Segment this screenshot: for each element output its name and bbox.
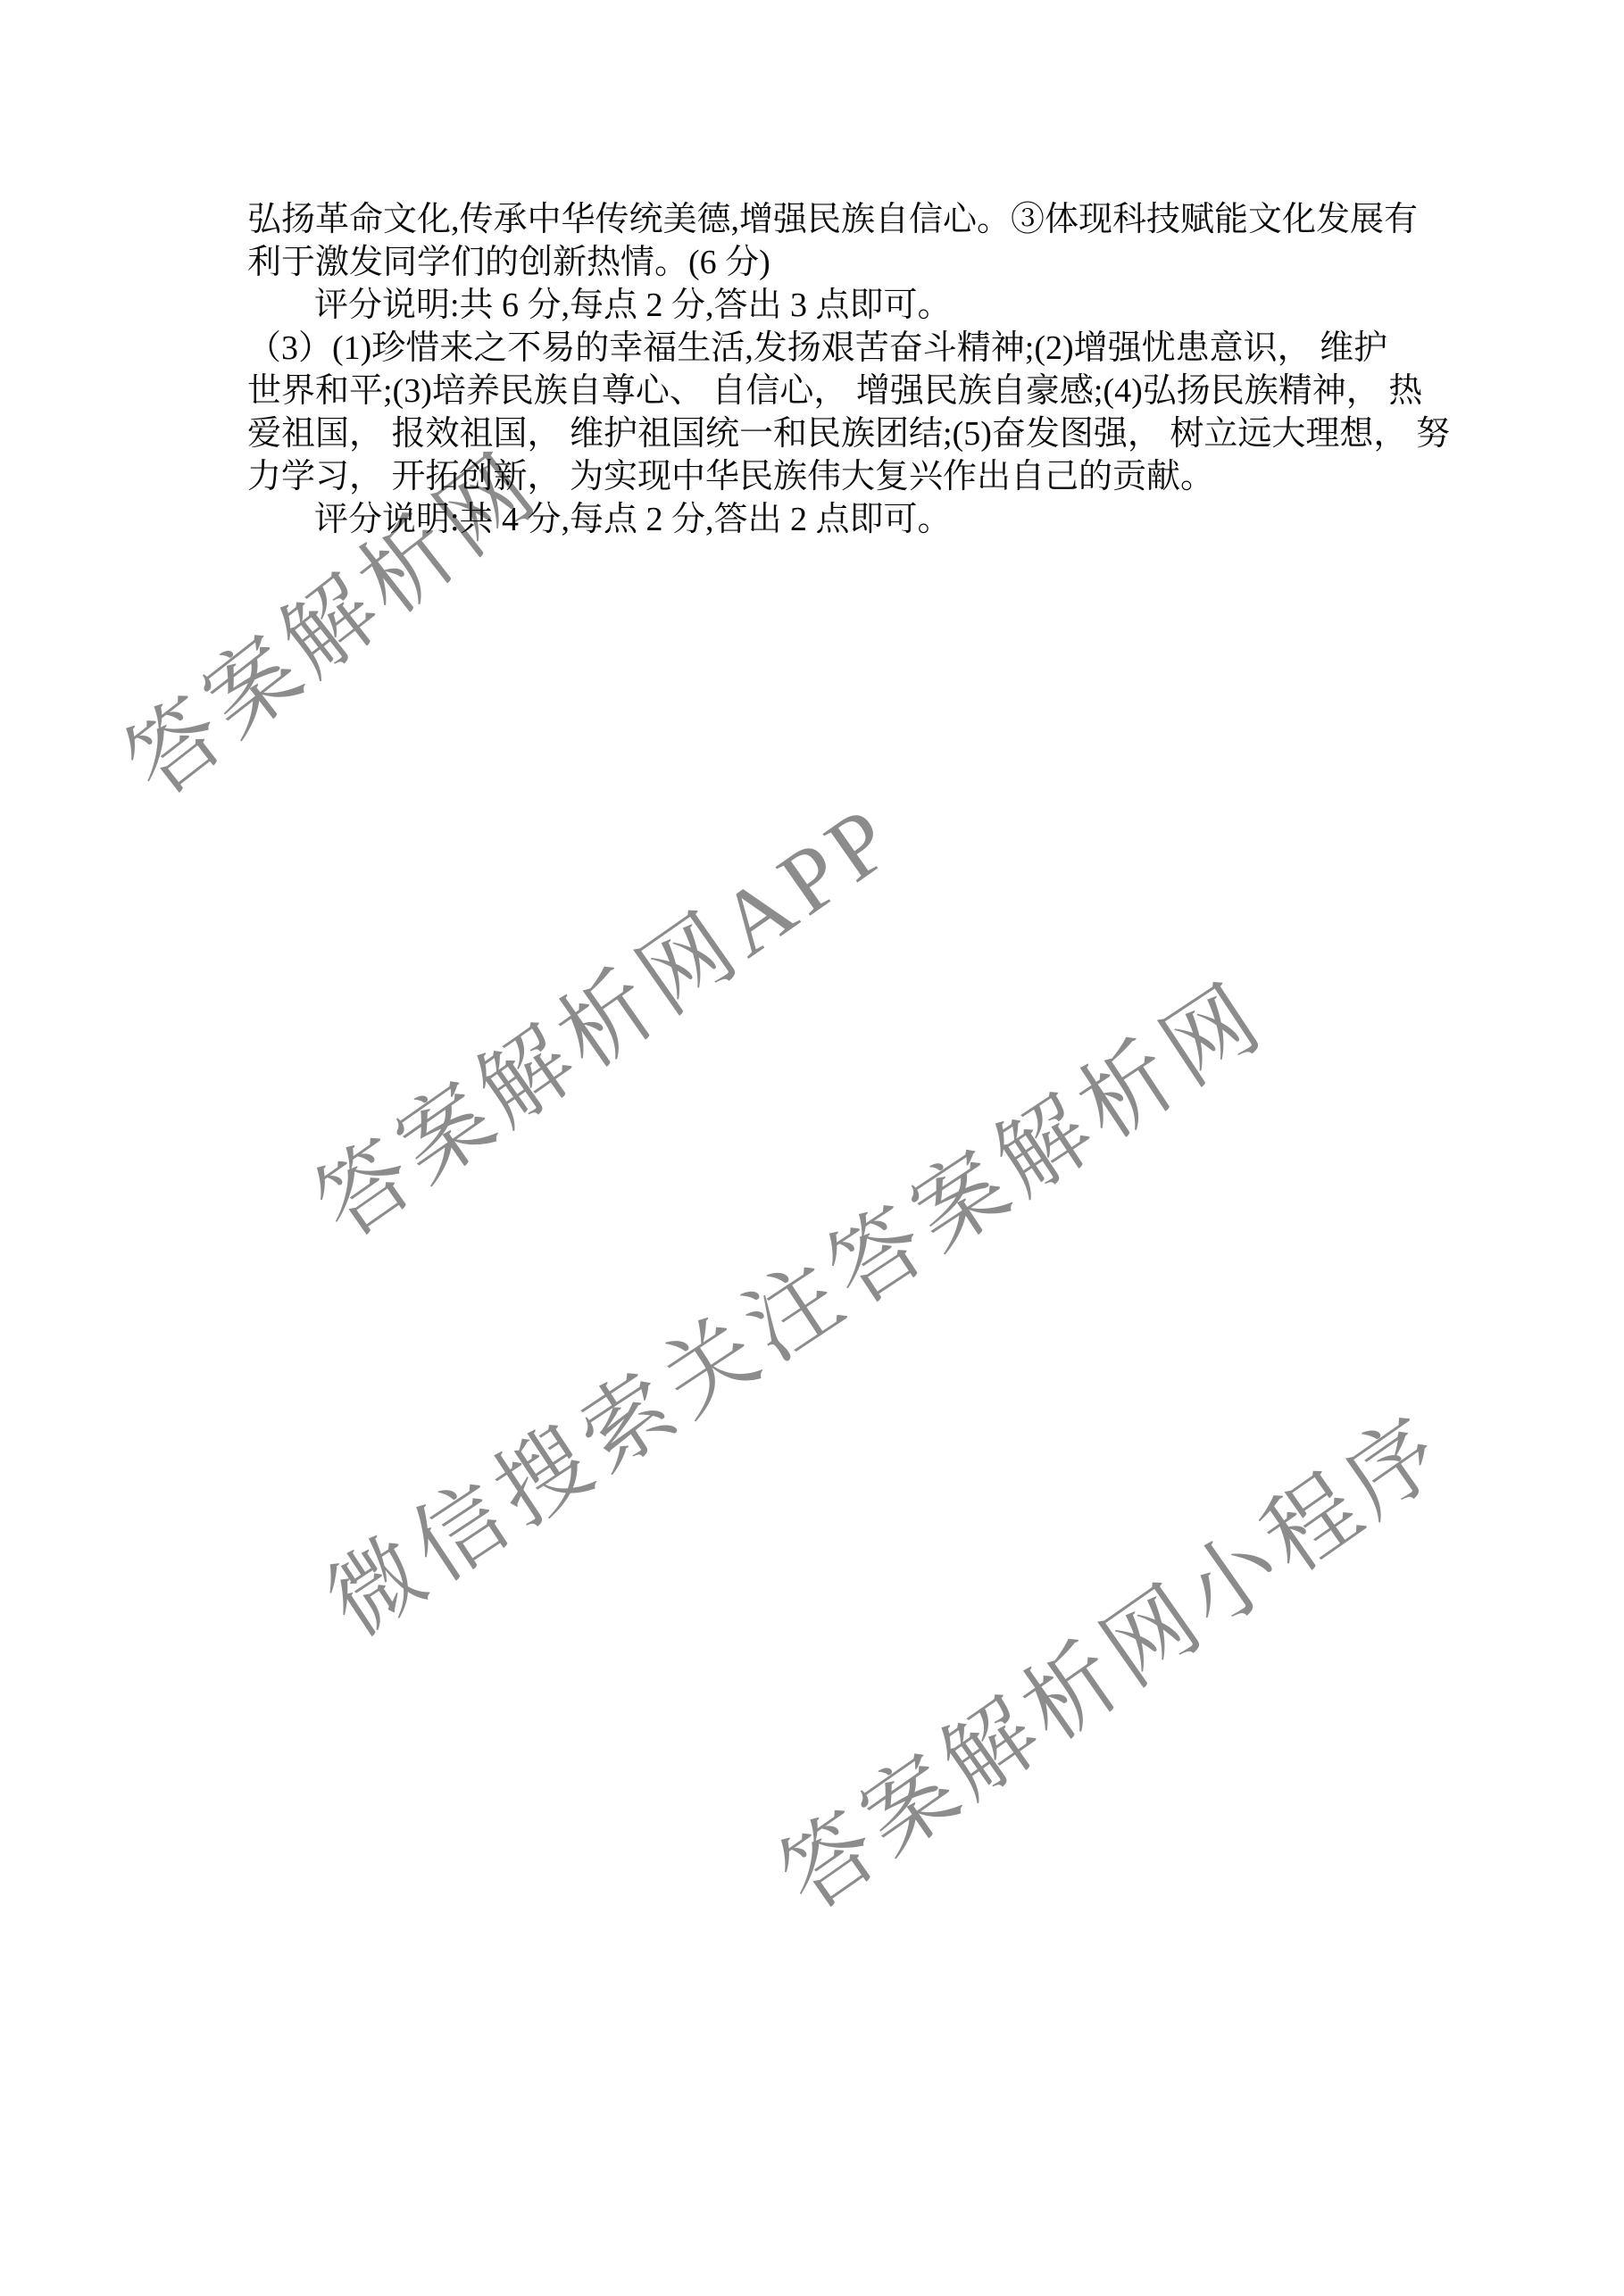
watermark-answer-site-app: 答案解析网APP <box>302 789 912 1255</box>
answer-line-1: 弘扬革命文化,传承中华传统美德,增强民族自信心。③体现科技赋能文化发展有 <box>247 198 1390 241</box>
answer-line-4: （3）(1)珍惜来之不易的幸福生活,发扬艰苦奋斗精神;(2)增强忧患意识， 维护 <box>247 327 1390 370</box>
answer-line-3-scoring-note: 评分说明:共 6 分,每点 2 分,答出 3 点即可。 <box>247 284 1390 327</box>
answer-line-8-scoring-note: 评分说明:共 4 分,每点 2 分,答出 2 点即可。 <box>247 498 1390 541</box>
answer-line-2: 利于激发同学们的创新热情。(6 分) <box>247 241 1390 284</box>
answer-line-5: 世界和平;(3)培养民族自尊心、 自信心， 增强民族自豪感;(4)弘扬民族精神，… <box>247 370 1390 412</box>
answer-line-6: 爱祖国， 报效祖国， 维护祖国统一和民族团结;(5)奋发图强， 树立远大理想， … <box>247 412 1390 455</box>
document-page: 答案解析网 答案解析网APP 微信搜索关注答案解析网 答案解析网小程序 弘扬革命… <box>0 0 1624 2296</box>
answer-line-7: 力学习， 开拓创新， 为实现中华民族伟大复兴作出自己的贡献。 <box>247 455 1390 498</box>
answer-text-block: 弘扬革命文化,传承中华传统美德,增强民族自信心。③体现科技赋能文化发展有 利于激… <box>247 198 1390 541</box>
watermark-mini-program: 答案解析网小程序 <box>766 1401 1463 1927</box>
